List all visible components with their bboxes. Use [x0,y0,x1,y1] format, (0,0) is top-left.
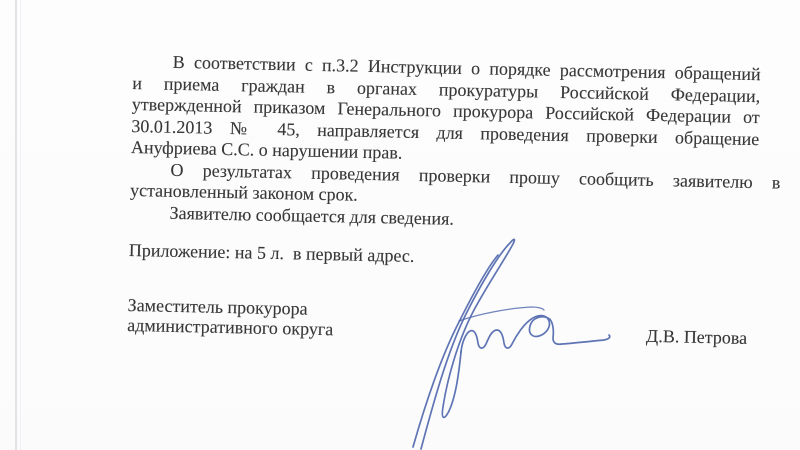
handwritten-signature-ink [400,228,632,450]
signer-title: Заместитель прокурора административного … [127,294,334,338]
paragraph-instruction: В соответствии с п.3.2 Инструкции о поря… [131,51,761,172]
signer-title-line: административного округа [127,314,333,338]
scan-edge-artifact [15,0,17,450]
signee-name: Д.В. Петрова [646,325,748,347]
document-page: В соответствии с п.3.2 Инструкции о поря… [0,0,800,450]
scan-edge-artifact-2 [20,0,21,450]
